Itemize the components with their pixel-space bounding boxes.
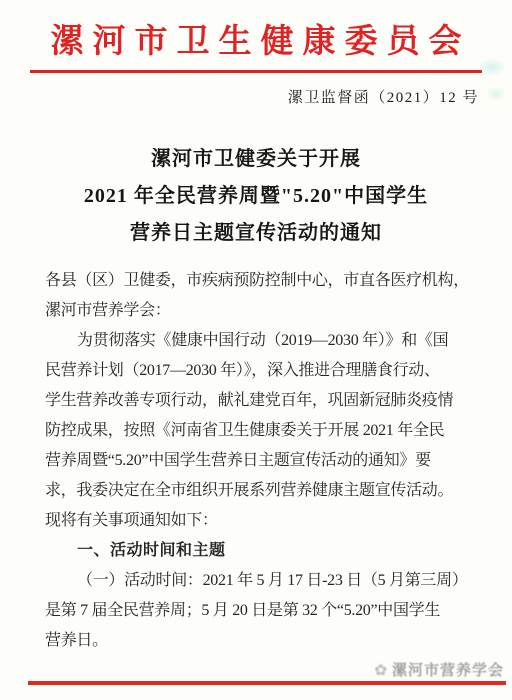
body-text-line: 民营养计划（2017—2030 年）》，深入推进合理膳食行动、: [45, 356, 490, 386]
document-reference-number: 漯卫监督函（2021）12 号: [288, 86, 479, 107]
notice-title: 漯河市卫健委关于开展2021 年全民营养周暨"5.20"中国学生营养日主题宣传活…: [0, 141, 512, 252]
body-text-line: 防控成果，按照《河南省卫生健康委关于开展 2021 年全民: [45, 416, 490, 446]
official-notice-document: 漯河市卫生健康委员会 漯卫监督函（2021）12 号 漯河市卫健委关于开展202…: [0, 0, 512, 700]
section-heading: 一、活动时间和主题: [45, 536, 490, 566]
body-text-line: 求，我委决定在全市组织开展系列营养健康主题宣传活动。: [45, 476, 490, 506]
issuing-org-name: 漯河市卫生健康委员会: [0, 15, 512, 62]
body-text-line: 是第 7 届全民营养周；5 月 20 日是第 32 个“5.20”中国学生: [45, 596, 490, 626]
red-divider-top: [30, 70, 482, 73]
notice-body: 各县（区）卫健委，市疾病预防控制中心，市直各医疗机构，漯河市营养学会：为贯彻落实…: [45, 266, 490, 656]
red-divider-bottom: [28, 681, 506, 685]
body-text-line: 营养周暨“5.20”中国学生营养日主题宣传活动的通知》要: [45, 446, 490, 476]
flower-logo-icon: ✿: [374, 661, 388, 679]
body-text-line: 学生营养改善专项行动，献礼建党百年，巩固新冠肺炎疫情: [45, 386, 490, 416]
notice-title-line: 营养日主题宣传活动的通知: [0, 215, 512, 252]
body-text-line: 现将有关事项通知如下：: [45, 506, 490, 536]
body-text-line: 营养日。: [45, 626, 490, 656]
notice-title-line: 漯河市卫健委关于开展: [0, 141, 512, 178]
watermark-text: 漯河市营养学会: [392, 659, 504, 680]
body-text-line: 各县（区）卫健委，市疾病预防控制中心，市直各医疗机构，: [45, 266, 490, 296]
body-text-line: 为贯彻落实《健康中国行动（2019—2030 年）》和《国: [45, 326, 490, 356]
scan-smudge: [486, 86, 506, 102]
scan-smudge: [478, 58, 506, 76]
body-text-line: 漯河市营养学会：: [45, 296, 490, 326]
watermark: ✿ 漯河市营养学会: [374, 659, 504, 680]
body-text-line: （一）活动时间：2021 年 5 月 17 日-23 日（5 月第三周）: [45, 566, 490, 596]
notice-title-line: 2021 年全民营养周暨"5.20"中国学生: [0, 178, 512, 215]
